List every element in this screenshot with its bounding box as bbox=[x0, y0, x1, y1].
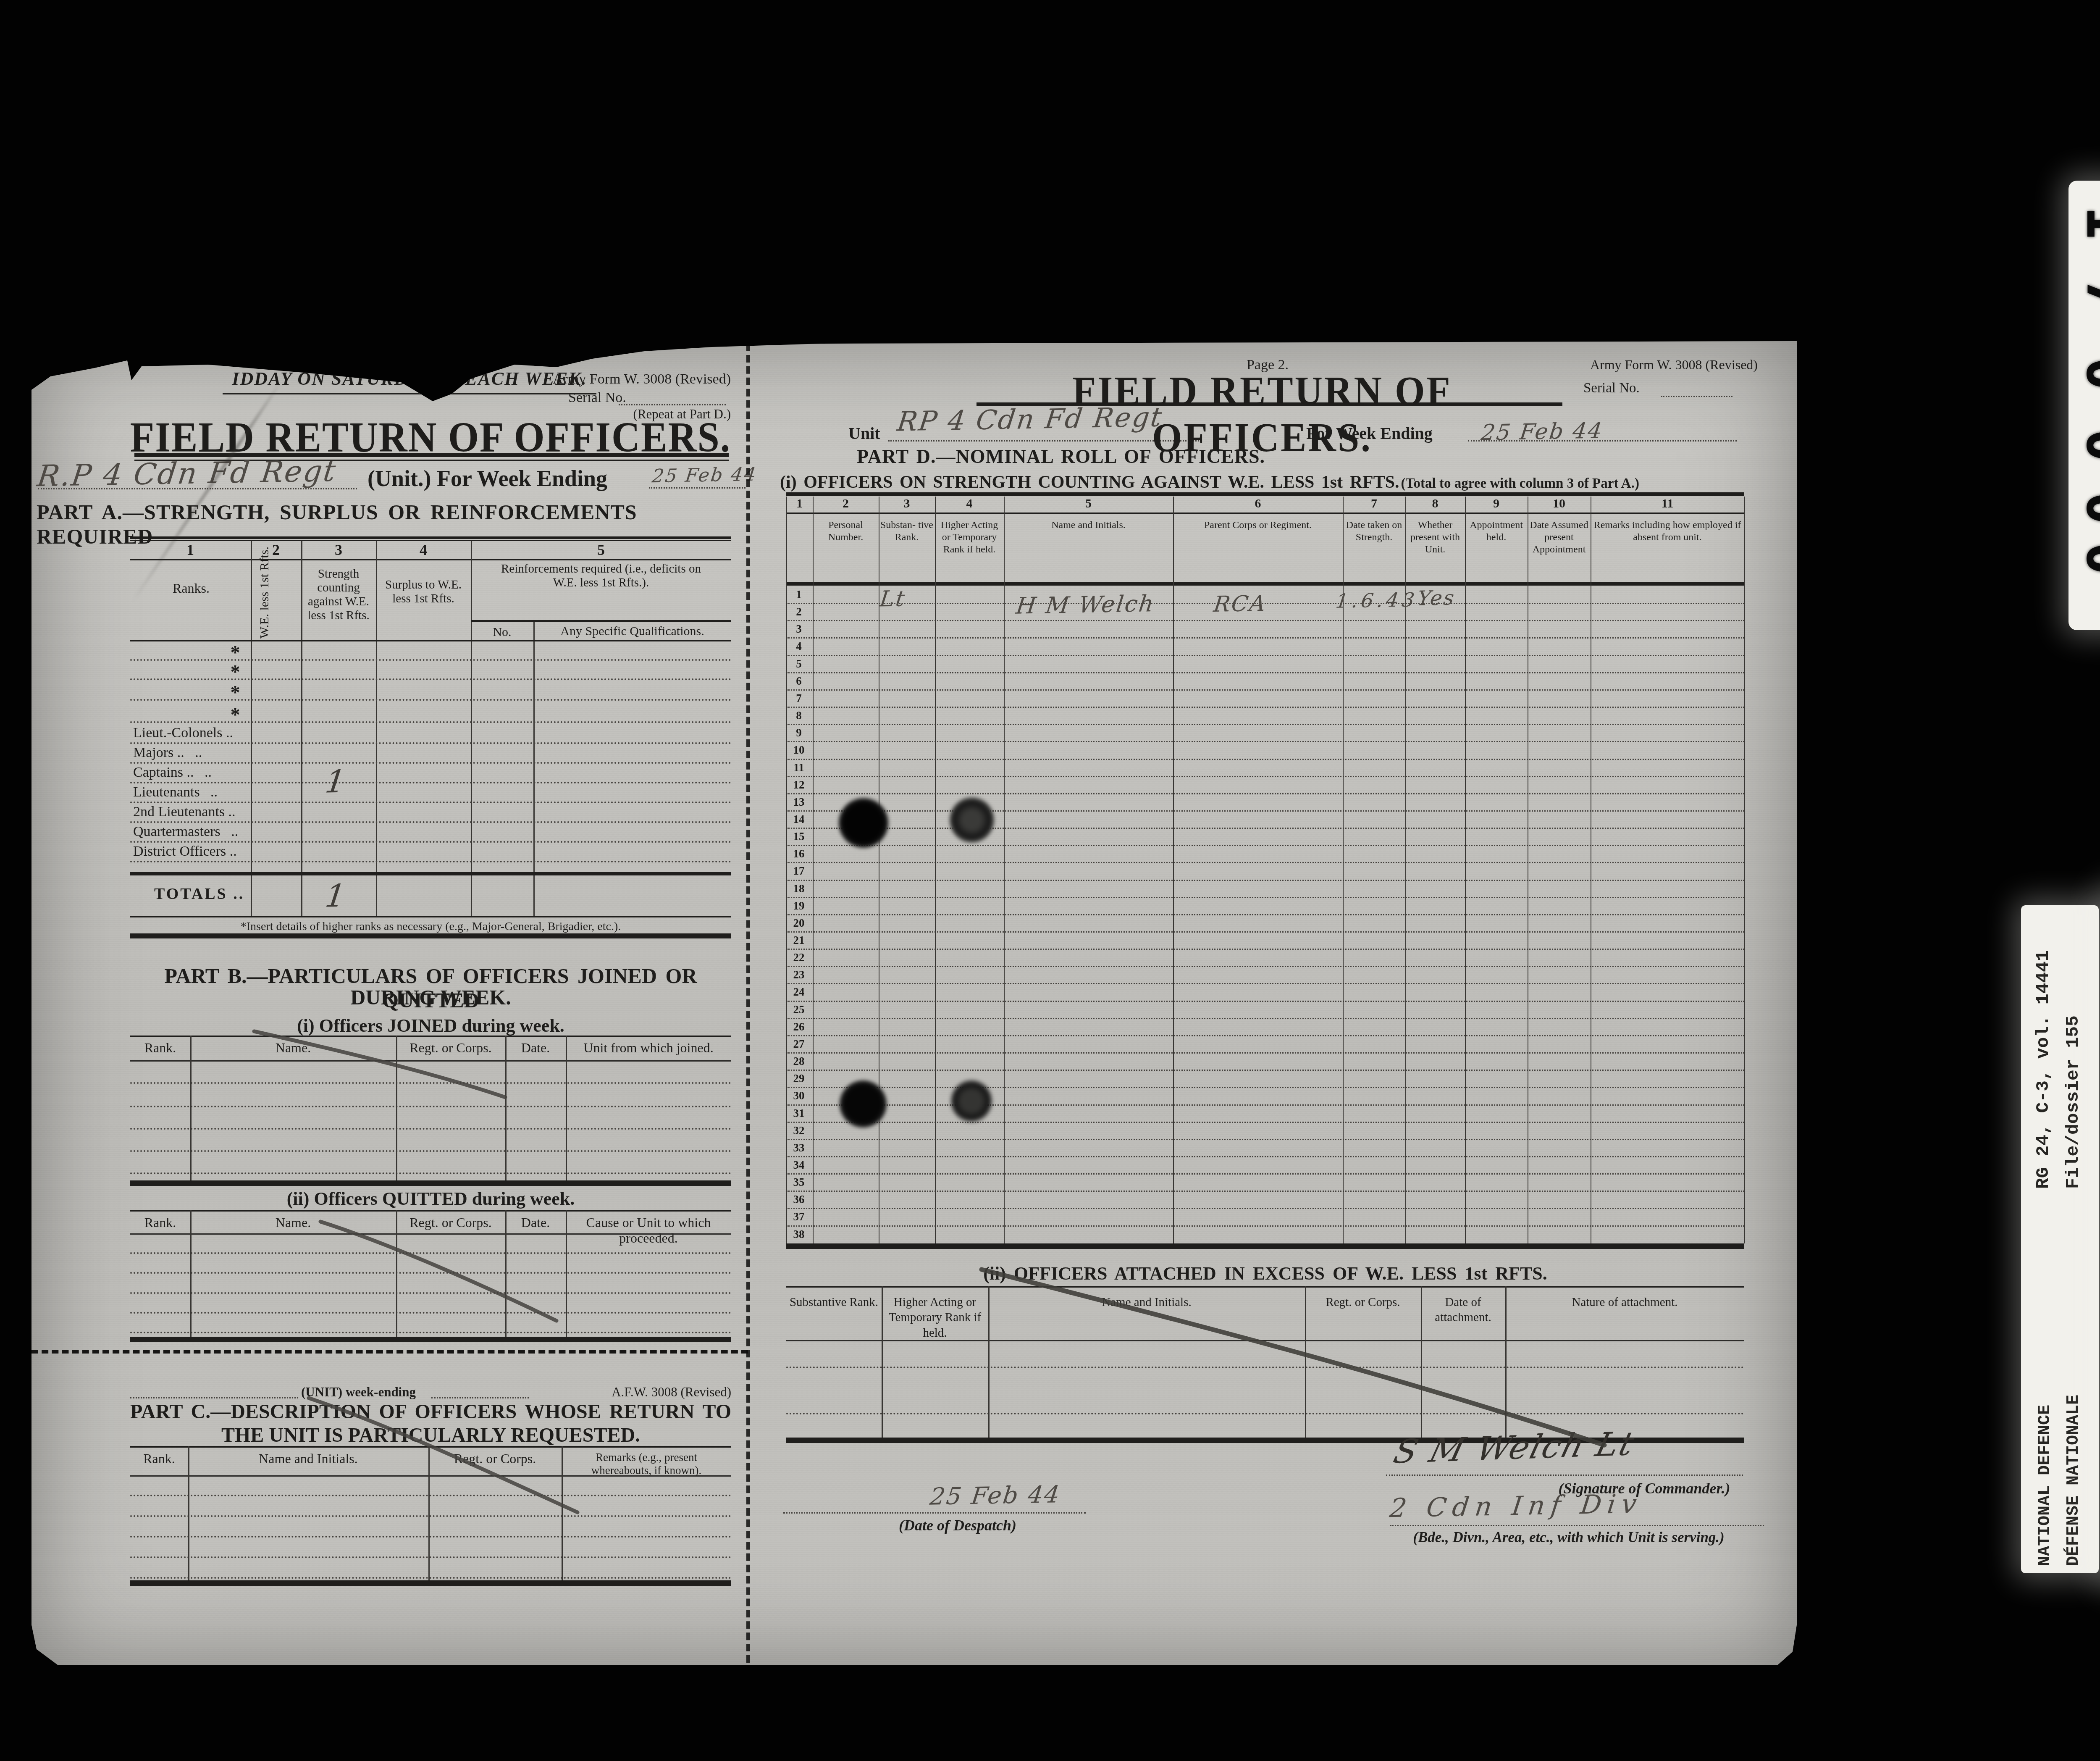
dotted-line bbox=[786, 897, 1744, 898]
dotted-line bbox=[130, 1495, 731, 1496]
rule-line bbox=[786, 1340, 1744, 1341]
dotted-line bbox=[619, 404, 726, 405]
quitted-table-header: Cause or Unit to which proceeded. bbox=[568, 1215, 729, 1246]
part-c-table-header: Remarks (e.g., present whereabouts, if k… bbox=[564, 1451, 729, 1477]
totals-label: TOTALS .. bbox=[154, 885, 244, 903]
dotted-line bbox=[786, 1035, 1744, 1036]
dotted-line bbox=[786, 620, 1744, 621]
dotted-line bbox=[130, 861, 731, 862]
dotted-line bbox=[786, 637, 1744, 639]
column-line bbox=[988, 1286, 990, 1438]
nominal-roll-row-number: 19 bbox=[786, 899, 811, 912]
dotted-line bbox=[786, 931, 1744, 933]
nominal-roll-row-number: 5 bbox=[786, 657, 811, 670]
nominal-roll-row-number: 31 bbox=[786, 1107, 811, 1120]
joined-table-header: Date. bbox=[508, 1040, 563, 1056]
dotted-line bbox=[1390, 1525, 1764, 1526]
dotted-line bbox=[130, 841, 731, 843]
part-a-rank-label: District Officers .. bbox=[133, 844, 237, 859]
column-line bbox=[376, 541, 377, 917]
nominal-roll-col-header: Name and Initials. bbox=[1005, 519, 1171, 531]
dotted-line bbox=[786, 845, 1744, 846]
column-line bbox=[1173, 497, 1174, 1243]
entry-date-taken-on-strength: 1.6.43 bbox=[1334, 588, 1419, 612]
col-header-surplus: Surplus to W.E. less 1st Rfts. bbox=[378, 578, 468, 606]
dotted-line bbox=[130, 1106, 731, 1107]
nominal-roll-row-number: 15 bbox=[786, 830, 811, 843]
dotted-line bbox=[130, 1252, 731, 1254]
nominal-roll-col-header: Whether present with Unit. bbox=[1407, 519, 1463, 555]
department-line-1: NATIONAL DEFENCE bbox=[2031, 1383, 2060, 1566]
nominal-roll-col-number: 2 bbox=[813, 497, 879, 511]
dotted-line bbox=[130, 1397, 298, 1398]
frame-counter-digit: 0 bbox=[2075, 526, 2100, 591]
dotted-line bbox=[649, 487, 745, 489]
dotted-line bbox=[130, 742, 731, 744]
quitted-table-header: Name. bbox=[193, 1215, 394, 1230]
dotted-line bbox=[130, 1556, 731, 1558]
attached-table-header: Name and Initials. bbox=[991, 1295, 1302, 1310]
detach-dashed-line bbox=[31, 1350, 748, 1354]
dotted-line bbox=[786, 689, 1744, 691]
part-a-rank-label: Majors .. .. bbox=[133, 745, 202, 761]
dotted-line bbox=[786, 1208, 1744, 1209]
nominal-roll-row-number: 1 bbox=[786, 588, 811, 601]
nominal-roll-row-number: 29 bbox=[786, 1072, 811, 1085]
rule-line bbox=[130, 872, 731, 875]
dotted-line bbox=[130, 659, 731, 661]
entry-substantive-rank: Lt bbox=[878, 586, 907, 612]
unit-handwritten-left: R.P 4 Cdn Fd Regt bbox=[35, 454, 339, 493]
column-line bbox=[190, 1210, 192, 1337]
dotted-line bbox=[130, 821, 731, 823]
column-line bbox=[1465, 497, 1466, 1243]
nominal-roll-row-number: 20 bbox=[786, 917, 811, 930]
nominal-roll-row-number: 28 bbox=[786, 1055, 811, 1068]
part-c-table-header: Name and Initials. bbox=[191, 1451, 426, 1467]
dotted-line bbox=[786, 741, 1744, 742]
army-form-ref-right: Army Form W. 3008 (Revised) bbox=[1569, 357, 1758, 373]
dotted-line bbox=[130, 678, 731, 680]
nominal-roll-row-number: 36 bbox=[786, 1193, 811, 1206]
rule-line bbox=[130, 1580, 731, 1586]
nominal-roll-row-number: 7 bbox=[786, 692, 811, 705]
col-header-ranks: Ranks. bbox=[134, 581, 248, 596]
dotted-line bbox=[431, 1397, 529, 1398]
nominal-roll-row-number: 10 bbox=[786, 744, 811, 757]
officers-joined-heading: (i) Officers JOINED during week. bbox=[130, 1015, 731, 1036]
nominal-roll-row-number: 24 bbox=[786, 986, 811, 999]
nominal-roll-row-number: 32 bbox=[786, 1124, 811, 1137]
dotted-line bbox=[786, 793, 1744, 794]
week-ending-handwritten-right: 25 Feb 44 bbox=[1480, 418, 1605, 445]
dotted-line bbox=[130, 699, 731, 701]
despatch-date-handwritten: 25 Feb 44 bbox=[929, 1481, 1063, 1510]
column-line bbox=[428, 1446, 430, 1580]
dotted-line bbox=[786, 828, 1744, 829]
section-i-heading-text: (i) OFFICERS ON STRENGTH COUNTING AGAINS… bbox=[780, 473, 1399, 492]
joined-table-header: Unit from which joined. bbox=[568, 1040, 729, 1056]
army-form-ref-left: Army Form W. 3008 (Revised) bbox=[540, 371, 731, 387]
unit-label: Unit bbox=[848, 423, 880, 443]
column-line bbox=[1305, 1286, 1306, 1438]
nominal-roll-row-number: 8 bbox=[786, 709, 811, 722]
nominal-roll-row-number: 6 bbox=[786, 675, 811, 688]
column-line bbox=[935, 497, 936, 1243]
nominal-roll-row-number: 23 bbox=[786, 968, 811, 981]
column-line bbox=[1004, 497, 1005, 1243]
catalog-line-1: RG 24, C-3, vol. 14441 bbox=[2029, 937, 2058, 1189]
dotted-line bbox=[130, 1128, 731, 1130]
rule-line bbox=[130, 559, 731, 560]
nominal-roll-row-number: 34 bbox=[786, 1159, 811, 1172]
unit-handwritten-right: RP 4 Cdn Fd Regt bbox=[895, 402, 1165, 438]
nominal-roll-col-number: 4 bbox=[935, 497, 1004, 511]
attached-table-header: Higher Acting or Temporary Rank if held. bbox=[884, 1295, 986, 1340]
dotted-line bbox=[130, 1332, 731, 1333]
nominal-roll-col-number: 8 bbox=[1405, 497, 1465, 511]
section-i-heading-note: (Total to agree with column 3 of Part A.… bbox=[1401, 476, 1639, 491]
dotted-line bbox=[786, 1413, 1744, 1414]
column-line bbox=[396, 1210, 397, 1337]
part-c-heading-line1: PART C.—DESCRIPTION OF OFFICERS WHOSE RE… bbox=[130, 1400, 731, 1423]
part-a-rank-label: Lieutenants .. bbox=[133, 784, 218, 800]
serial-no-label-right: Serial No. bbox=[1583, 381, 1640, 396]
dotted-line bbox=[786, 655, 1744, 656]
dotted-line bbox=[130, 1312, 731, 1314]
dotted-line bbox=[1386, 1475, 1743, 1476]
nominal-roll-row-number: 22 bbox=[786, 951, 811, 964]
rule-line bbox=[130, 1060, 731, 1062]
film-frame-counter: 170000 bbox=[2068, 181, 2100, 630]
dotted-line bbox=[786, 966, 1744, 967]
nominal-roll-row-number: 38 bbox=[786, 1228, 811, 1241]
nominal-roll-col-number: 9 bbox=[1465, 497, 1528, 511]
rule-line bbox=[130, 1233, 731, 1235]
nominal-roll-row-number: 4 bbox=[786, 640, 811, 653]
rule-line bbox=[786, 1243, 1744, 1249]
rule-line bbox=[130, 1475, 731, 1477]
part-a-rank-label: Lieut.-Colonels .. bbox=[133, 725, 233, 741]
dotted-line bbox=[786, 1018, 1744, 1019]
nominal-roll-row-number: 27 bbox=[786, 1038, 811, 1051]
nominal-roll-row-number: 17 bbox=[786, 865, 811, 878]
dotted-line bbox=[786, 672, 1744, 673]
dotted-line bbox=[786, 1052, 1744, 1054]
dotted-line bbox=[786, 1139, 1744, 1140]
nominal-roll-col-header: Date taken on Strength. bbox=[1344, 519, 1404, 544]
dotted-line bbox=[130, 1577, 731, 1579]
department-label: NATIONAL DEFENCE DÉFENSE NATIONALE bbox=[2031, 1383, 2088, 1566]
dotted-line bbox=[786, 949, 1744, 950]
dotted-line bbox=[130, 1150, 731, 1152]
nominal-roll-row-number: 26 bbox=[786, 1020, 811, 1033]
dotted-line bbox=[786, 1070, 1744, 1071]
nominal-roll-row-number: 35 bbox=[786, 1176, 811, 1189]
column-line bbox=[396, 1036, 397, 1180]
punch-hole bbox=[839, 798, 888, 848]
dotted-line bbox=[786, 1225, 1744, 1227]
dotted-line bbox=[786, 759, 1744, 760]
entry-present-with-unit: Yes bbox=[1416, 586, 1457, 610]
column-line bbox=[471, 541, 472, 917]
frame-counter-digit: 0 bbox=[2075, 341, 2100, 407]
dotted-line bbox=[783, 1512, 1086, 1514]
nominal-roll-row-number: 18 bbox=[786, 882, 811, 895]
dotted-line bbox=[786, 810, 1744, 812]
quitted-table-header: Regt. or Corps. bbox=[399, 1215, 503, 1230]
column-line bbox=[566, 1036, 567, 1180]
joined-table-header: Rank. bbox=[133, 1040, 188, 1056]
week-ending-handwritten-left: 25 Feb 44 bbox=[651, 464, 759, 487]
dotted-line bbox=[130, 1082, 731, 1084]
column-line bbox=[813, 497, 814, 1243]
part-a-rank-label: 2nd Lieutenants .. bbox=[133, 804, 236, 820]
dotted-line bbox=[786, 1156, 1744, 1157]
part-a-footnote: *Insert details of higher ranks as neces… bbox=[130, 920, 731, 933]
part-a-rank-label: Quartermasters .. bbox=[133, 824, 238, 840]
nominal-roll-col-header: Parent Corps or Regiment. bbox=[1175, 519, 1341, 531]
rule-line bbox=[471, 620, 731, 622]
column-line bbox=[1421, 1286, 1422, 1438]
column-line bbox=[1505, 1286, 1507, 1438]
nominal-roll-col-number: 6 bbox=[1173, 497, 1343, 511]
dotted-line bbox=[786, 862, 1744, 863]
col-header-qualifications: Any Specific Qualifications. bbox=[533, 624, 731, 639]
nominal-roll-row-number: 37 bbox=[786, 1210, 811, 1223]
part-d-heading: PART D.—NOMINAL ROLL OF OFFICERS. bbox=[857, 445, 1265, 468]
dotted-line bbox=[130, 802, 731, 803]
part-a-rank-label: Captains .. .. bbox=[133, 765, 212, 781]
nominal-roll-row-number: 33 bbox=[786, 1141, 811, 1154]
nominal-roll-row-number: 9 bbox=[786, 726, 811, 739]
attached-table-header: Nature of attachment. bbox=[1508, 1295, 1742, 1310]
column-line bbox=[1744, 497, 1745, 1243]
rule-line bbox=[786, 1286, 1744, 1288]
part-a-heading: PART A.—STRENGTH, SURPLUS OR REINFORCEME… bbox=[37, 500, 745, 549]
attached-table-header: Regt. or Corps. bbox=[1307, 1295, 1418, 1310]
part-c-heading-line2: THE UNIT IS PARTICULARLY REQUESTED. bbox=[130, 1424, 731, 1447]
despatch-date-label: (Date of Despatch) bbox=[808, 1517, 1107, 1534]
nominal-roll-col-header: Remarks including how employed if absent… bbox=[1592, 519, 1743, 544]
officers-quitted-heading: (ii) Officers QUITTED during week. bbox=[130, 1188, 731, 1209]
attached-table-header: Date of attachment. bbox=[1423, 1295, 1503, 1325]
dotted-line bbox=[786, 707, 1744, 708]
quitted-table-header: Date. bbox=[508, 1215, 563, 1230]
catalog-reference: RG 24, C-3, vol. 14441 File/dossier 155 bbox=[2029, 937, 2088, 1189]
dotted-line bbox=[1661, 396, 1732, 397]
film-label-catalog: RG 24, C-3, vol. 14441 File/dossier 155 … bbox=[2021, 905, 2099, 1573]
page-title-left: FIELD RETURN OF OFFICERS. bbox=[128, 413, 733, 462]
document-sheet: 12345****Lieut.-Colonels ..Majors .. ..C… bbox=[31, 340, 1797, 1666]
dotted-line bbox=[786, 724, 1744, 725]
frame-counter-digit: 0 bbox=[2075, 413, 2100, 478]
dotted-line bbox=[786, 1104, 1744, 1106]
column-line bbox=[190, 1036, 192, 1180]
unit-week-label: (Unit.) For Week Ending bbox=[367, 465, 607, 492]
dotted-line bbox=[130, 1536, 731, 1538]
part-b-heading-line2: DURING WEEK. bbox=[130, 985, 731, 1009]
dotted-line bbox=[130, 1515, 731, 1517]
column-line bbox=[1528, 497, 1528, 1243]
joined-table-header: Name. bbox=[193, 1040, 394, 1056]
column-line bbox=[1591, 497, 1591, 1243]
nominal-roll-row-number: 12 bbox=[786, 778, 811, 791]
part-c-table-header: Regt. or Corps. bbox=[431, 1451, 559, 1467]
column-line bbox=[786, 497, 787, 1243]
serial-no-label-left: Serial No. bbox=[568, 390, 626, 406]
captains-strength-entry: 1 bbox=[323, 764, 349, 800]
page-fold-dashed-line bbox=[746, 344, 750, 1663]
column-line bbox=[505, 1210, 507, 1337]
punch-hole bbox=[840, 1080, 887, 1128]
col-header-we: W.E. less 1st Rfts. bbox=[257, 545, 289, 639]
column-line bbox=[301, 541, 302, 917]
part-c-table-header: Rank. bbox=[133, 1451, 186, 1467]
dotted-line bbox=[786, 1173, 1744, 1175]
dotted-line bbox=[786, 1191, 1744, 1192]
dotted-line bbox=[786, 1367, 1744, 1368]
attached-table-header: Substantive Rank. bbox=[789, 1295, 879, 1310]
rule-line bbox=[786, 492, 1744, 496]
col-header-no: No. bbox=[471, 625, 533, 639]
formation-handwritten: 2 Cdn Inf Div bbox=[1388, 1488, 1644, 1523]
nominal-roll-row-number: 21 bbox=[786, 934, 811, 947]
army-form-ref-part-c: A.F.W. 3008 (Revised) bbox=[531, 1385, 731, 1400]
nominal-roll-row-number: 25 bbox=[786, 1003, 811, 1016]
totals-strength-entry: 1 bbox=[323, 878, 349, 915]
nominal-roll-col-header: Date Assumed present Appointment bbox=[1529, 519, 1589, 555]
dotted-line bbox=[786, 776, 1744, 777]
rule-line bbox=[130, 1180, 731, 1186]
section-ii-heading: (ii) OFFICERS ATTACHED IN EXCESS OF W.E.… bbox=[786, 1263, 1744, 1284]
col-header-strength: Strength counting against W.E. less 1st … bbox=[304, 567, 373, 623]
rule-line bbox=[130, 1210, 731, 1212]
frame-counter-digit: 1 bbox=[2075, 190, 2100, 255]
dotted-line bbox=[786, 1087, 1744, 1088]
dotted-line bbox=[786, 983, 1744, 984]
microfilm-scan: 12345****Lieut.-Colonels ..Majors .. ..C… bbox=[0, 0, 2100, 1761]
column-line bbox=[566, 1210, 567, 1337]
nominal-roll-col-header: Appointment held. bbox=[1467, 519, 1526, 544]
dotted-line bbox=[130, 1172, 731, 1174]
part-c-unit-line-label: (UNIT) week-ending bbox=[301, 1385, 416, 1400]
formation-label: (Bde., Divn., Area, etc., with which Uni… bbox=[1363, 1529, 1774, 1546]
nominal-roll-row-number: 11 bbox=[786, 761, 811, 774]
joined-table-header: Regt. or Corps. bbox=[399, 1040, 503, 1056]
nominal-roll-col-number: 7 bbox=[1343, 497, 1405, 511]
entry-name: H M Welch bbox=[1015, 590, 1157, 619]
nominal-roll-row-number: 16 bbox=[786, 847, 811, 860]
rule-line bbox=[130, 1337, 731, 1342]
week-ending-label: For Week Ending bbox=[1306, 423, 1433, 443]
nominal-roll-row-number: 2 bbox=[786, 605, 811, 618]
column-line bbox=[251, 541, 252, 917]
dotted-line bbox=[130, 1272, 731, 1274]
dotted-line bbox=[786, 914, 1744, 915]
nominal-roll-col-number: 10 bbox=[1528, 497, 1591, 511]
nominal-roll-row-number: 30 bbox=[786, 1089, 811, 1102]
punch-hole bbox=[950, 797, 994, 843]
nominal-roll-col-number: 5 bbox=[1004, 497, 1173, 511]
nominal-roll-col-header: Higher Acting or Temporary Rank if held. bbox=[937, 519, 1002, 555]
column-line bbox=[882, 1286, 883, 1438]
dotted-line bbox=[130, 782, 731, 783]
nominal-roll-col-header: Personal Number. bbox=[814, 519, 877, 544]
nominal-roll-row-number: 13 bbox=[786, 796, 811, 809]
dotted-line bbox=[130, 1292, 731, 1294]
rule-line bbox=[130, 640, 731, 641]
column-line bbox=[505, 1036, 507, 1180]
nominal-roll-row-number: 14 bbox=[786, 813, 811, 826]
rule-line bbox=[130, 916, 731, 917]
nominal-roll-col-number: 1 bbox=[786, 497, 813, 511]
department-line-2: DÉFENSE NATIONALE bbox=[2060, 1383, 2088, 1566]
dotted-line bbox=[786, 1122, 1744, 1123]
frame-counter-digit: 7 bbox=[2075, 261, 2100, 327]
nominal-roll-col-number: 3 bbox=[879, 497, 935, 511]
column-line bbox=[188, 1446, 189, 1580]
entry-parent-corps: RCA bbox=[1212, 591, 1268, 617]
section-i-heading: (i) OFFICERS ON STRENGTH COUNTING AGAINS… bbox=[780, 472, 1746, 492]
dotted-line bbox=[786, 880, 1744, 881]
quitted-table-header: Rank. bbox=[133, 1215, 188, 1230]
dotted-line bbox=[130, 721, 731, 723]
dotted-line bbox=[130, 762, 731, 764]
nominal-roll-row-number: 3 bbox=[786, 623, 811, 636]
punch-hole bbox=[950, 1080, 992, 1122]
rule-line bbox=[786, 513, 1744, 514]
col-header-reinforcements: Reinforcements required (i.e., deficits … bbox=[493, 562, 709, 590]
catalog-line-2: File/dossier 155 bbox=[2058, 937, 2088, 1189]
rule-line bbox=[786, 582, 1744, 586]
column-line bbox=[562, 1446, 563, 1580]
rule-line bbox=[130, 933, 731, 938]
dotted-line bbox=[786, 1001, 1744, 1002]
nominal-roll-col-header: Substan- tive Rank. bbox=[880, 519, 933, 544]
nominal-roll-col-number: 11 bbox=[1591, 497, 1744, 511]
